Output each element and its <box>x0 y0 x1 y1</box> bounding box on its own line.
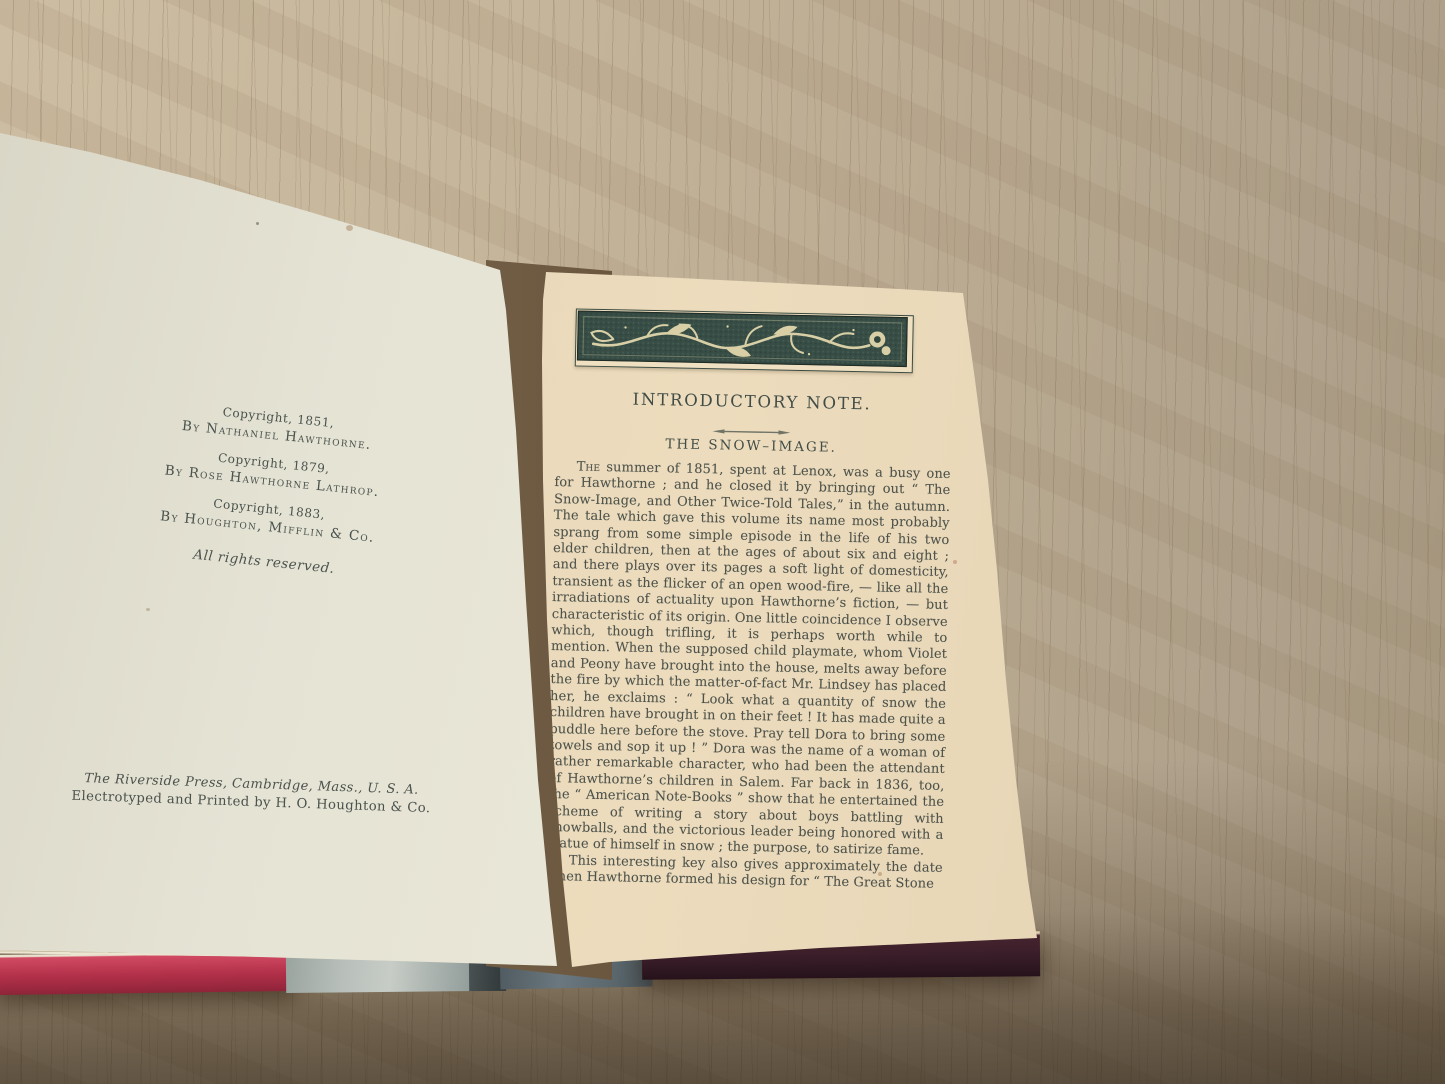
paragraph-text: summer of 1851, spent at Lenox, was a bu… <box>547 460 951 859</box>
rights-notice: All rights reserved. <box>149 542 379 581</box>
photo-scene: Copyright, 1851, By Nathaniel Hawthorne.… <box>0 0 1445 1084</box>
page-spot <box>146 608 150 611</box>
paragraph: This interesting key also gives approxim… <box>546 853 943 894</box>
page-spot <box>1146 276 1150 279</box>
body-text: The summer of 1851, spent at Lenox, was … <box>546 459 950 893</box>
page-spot <box>346 225 353 231</box>
paragraph: The summer of 1851, spent at Lenox, was … <box>547 459 951 861</box>
page-heading: INTRODUCTORY NOTE. <box>556 388 948 415</box>
lead-word: The <box>577 459 601 474</box>
book-cover-edge-red <box>0 951 296 995</box>
right-page-content: INTRODUCTORY NOTE. THE SNOW–IMAGE. The s… <box>534 296 966 914</box>
open-book: Copyright, 1851, By Nathaniel Hawthorne.… <box>0 0 1445 1084</box>
ornament-banner <box>575 308 914 373</box>
divider-ornament-icon <box>712 426 790 438</box>
imprint-block: The Riverside Press, Cambridge, Mass., U… <box>51 769 452 819</box>
floral-ornament-icon <box>577 310 908 367</box>
page-spot <box>256 222 259 225</box>
page-spot <box>320 211 325 215</box>
copyright-block: Copyright, 1851, By Nathaniel Hawthorne.… <box>149 398 394 581</box>
